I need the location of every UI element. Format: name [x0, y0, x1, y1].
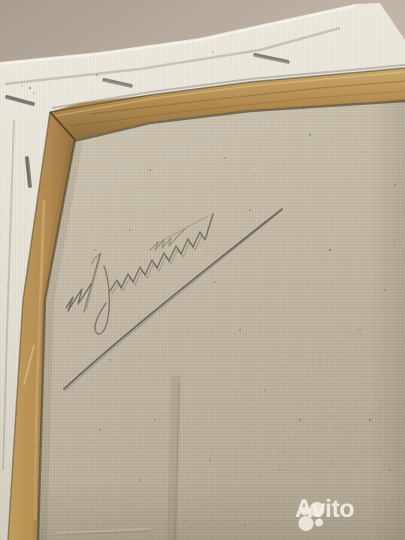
photo-canvas-back: Avito	[0, 0, 405, 540]
canvas-fabric	[38, 98, 405, 540]
avito-watermark: Avito	[295, 497, 354, 525]
avito-logo-icon	[295, 497, 326, 533]
